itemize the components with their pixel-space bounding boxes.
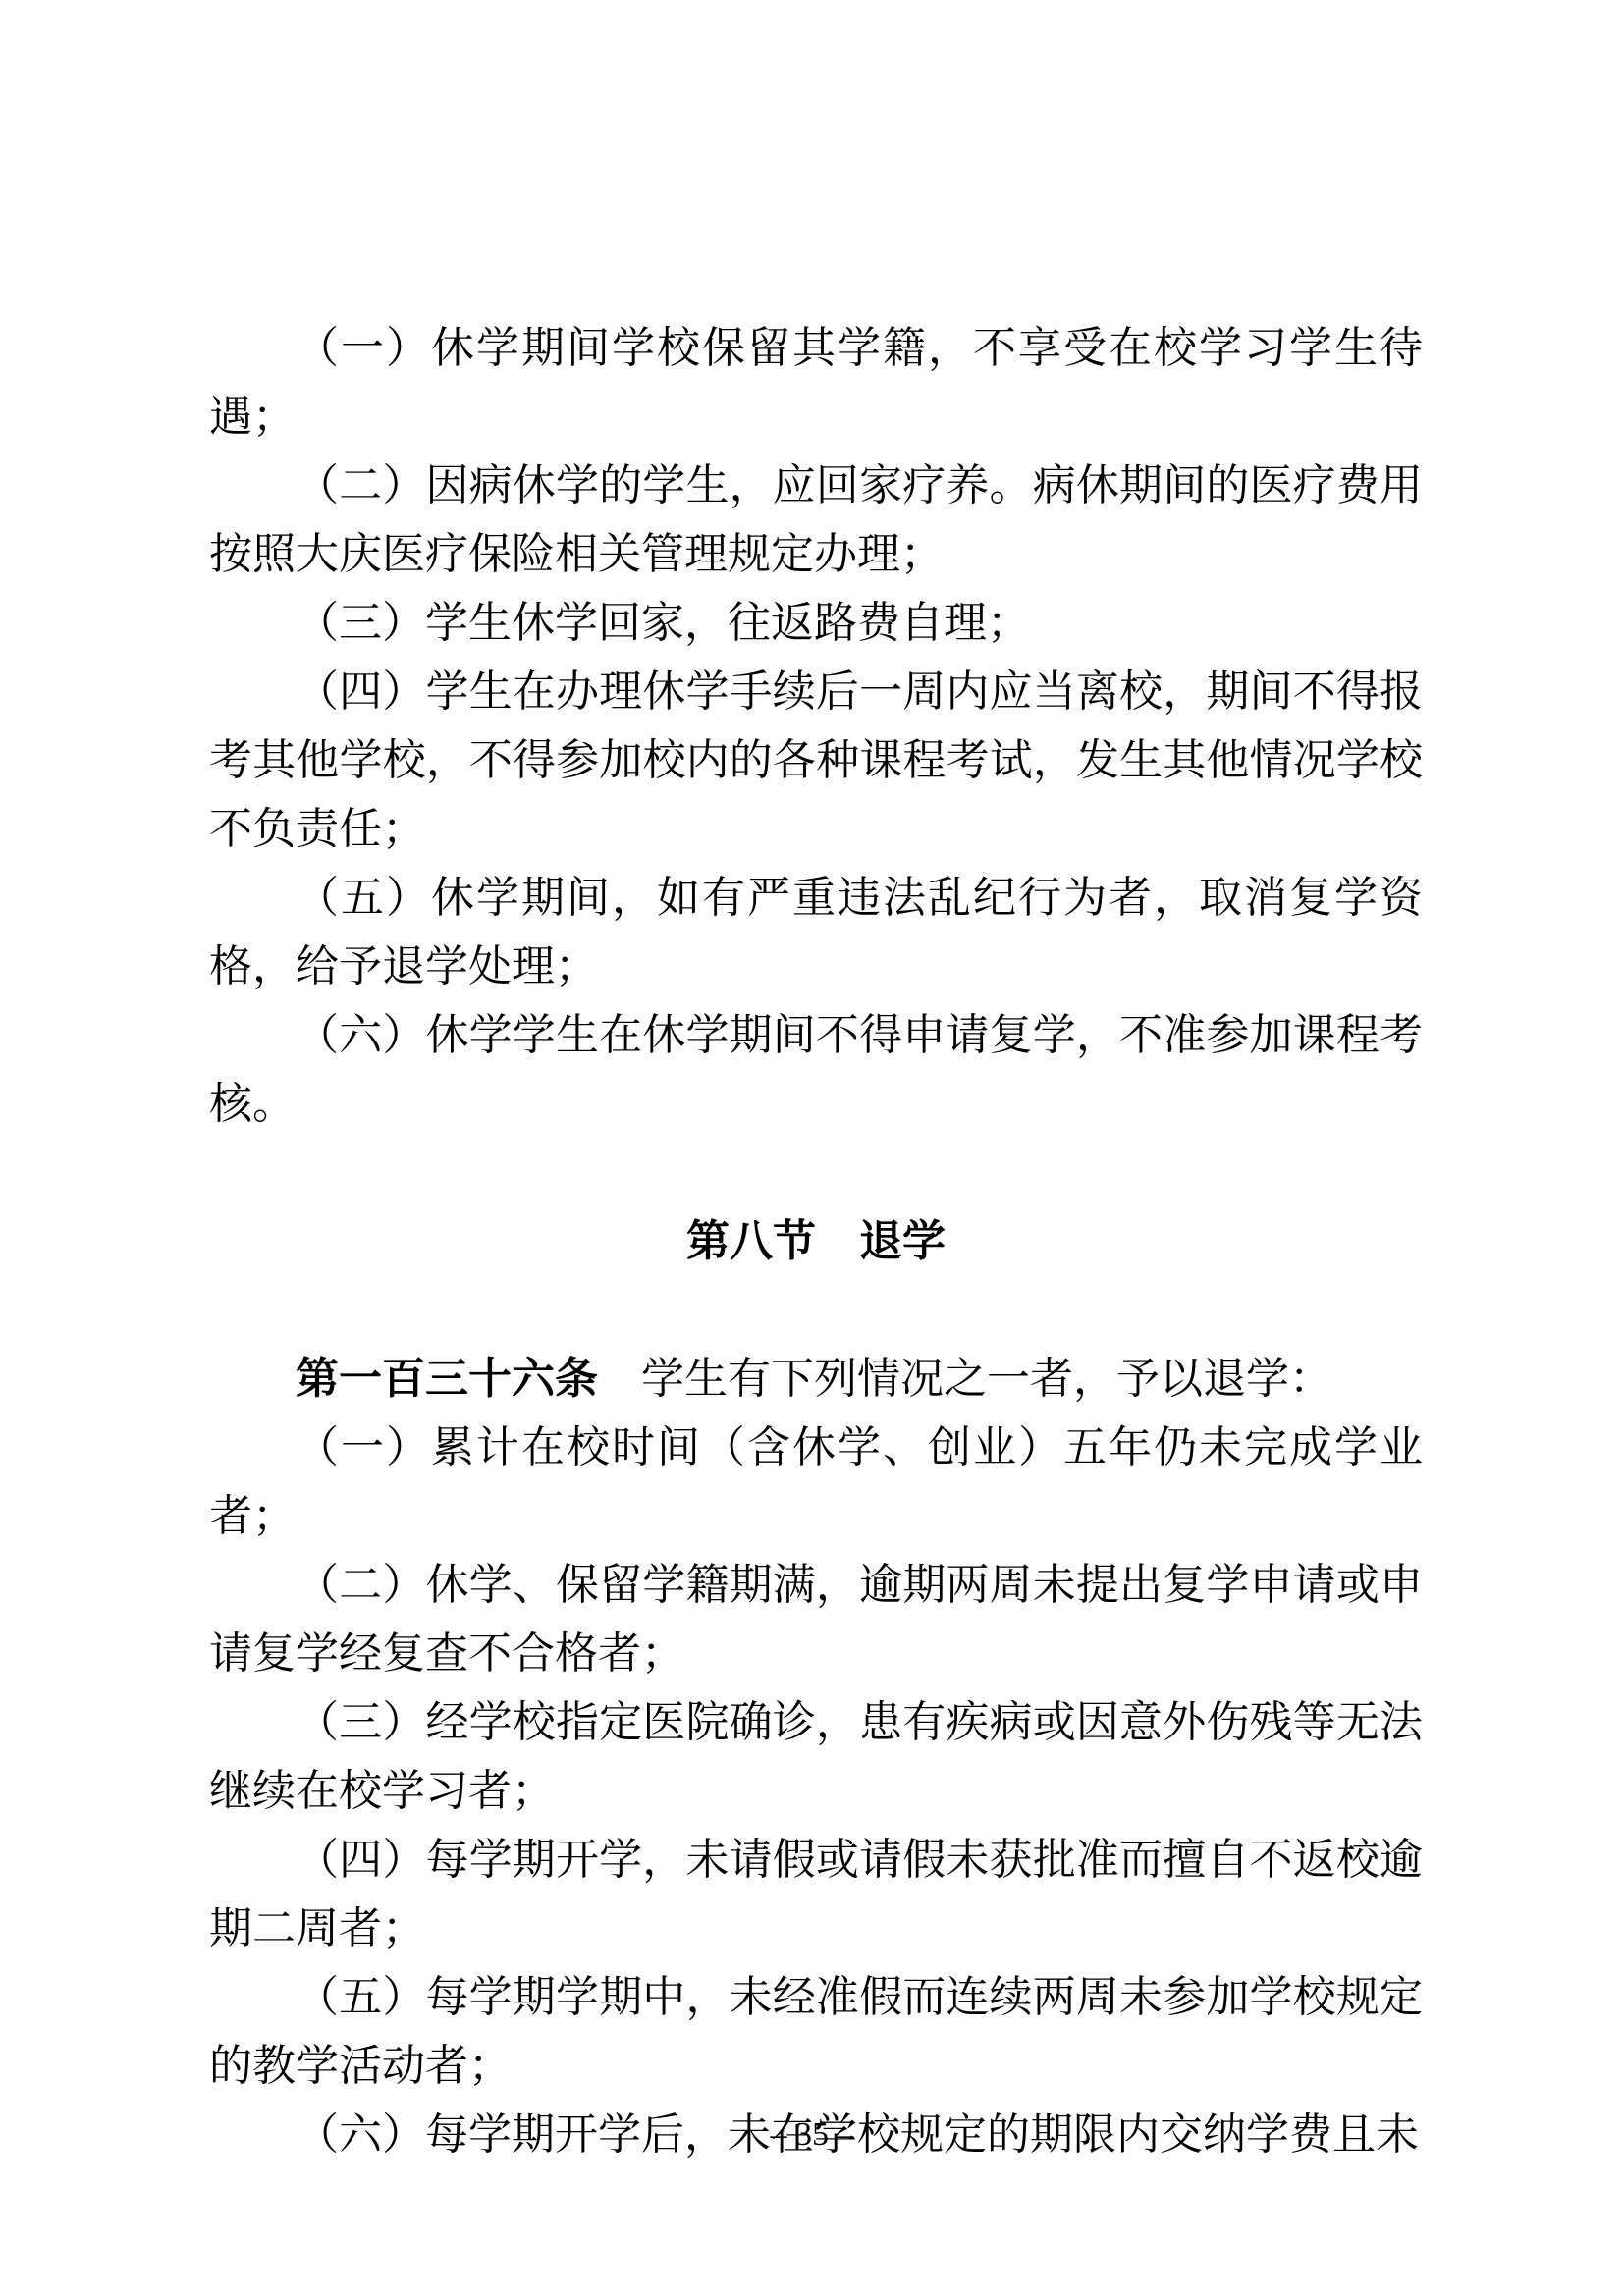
section-heading: 第八节 退学 [209,1207,1423,1276]
suspension-item-3: （三）学生休学回家，往返路费自理； [209,589,1423,658]
article-intro: 学生有下列情况之一者，予以退学： [641,1355,1332,1403]
suspension-item-4: （四）学生在办理休学手续后一周内应当离校，期间不得报考其他学校，不得参加校内的各… [209,658,1423,864]
document-body: （一）休学期间学校保留其学籍，不享受在校学习学生待遇； （二）因病休学的学生，应… [209,314,1423,2169]
article-number: 第一百三十六条 [296,1355,598,1403]
suspension-item-2: （二）因病休学的学生，应回家疗养。病休期间的医疗费用按照大庆医疗保险相关管理规定… [209,452,1423,589]
document-page: （一）休学期间学校保留其学籍，不享受在校学习学生待遇； （二）因病休学的学生，应… [0,0,1624,2296]
article-lead: 第一百三十六条学生有下列情况之一者，予以退学： [209,1345,1423,1414]
suspension-item-1: （一）休学期间学校保留其学籍，不享受在校学习学生待遇； [209,314,1423,452]
withdrawal-item-4: （四）每学期开学，未请假或请假未获批准而擅自不返校逾期二周者； [209,1826,1423,1963]
page-number: – 35 – [0,2106,1624,2164]
suspension-item-5: （五）休学期间，如有严重违法乱纪行为者，取消复学资格，给予退学处理； [209,864,1423,1001]
suspension-item-6: （六）休学学生在休学期间不得申请复学，不准参加课程考核。 [209,1001,1423,1139]
withdrawal-item-5: （五）每学期学期中，未经准假而连续两周未参加学校规定的教学活动者； [209,1963,1423,2101]
withdrawal-item-3: （三）经学校指定医院确诊，患有疾病或因意外伤残等无法继续在校学习者； [209,1688,1423,1826]
withdrawal-item-1: （一）累计在校时间（含休学、创业）五年仍未完成学业者； [209,1414,1423,1551]
withdrawal-item-2: （二）休学、保留学籍期满，逾期两周未提出复学申请或申请复学经复查不合格者； [209,1551,1423,1688]
